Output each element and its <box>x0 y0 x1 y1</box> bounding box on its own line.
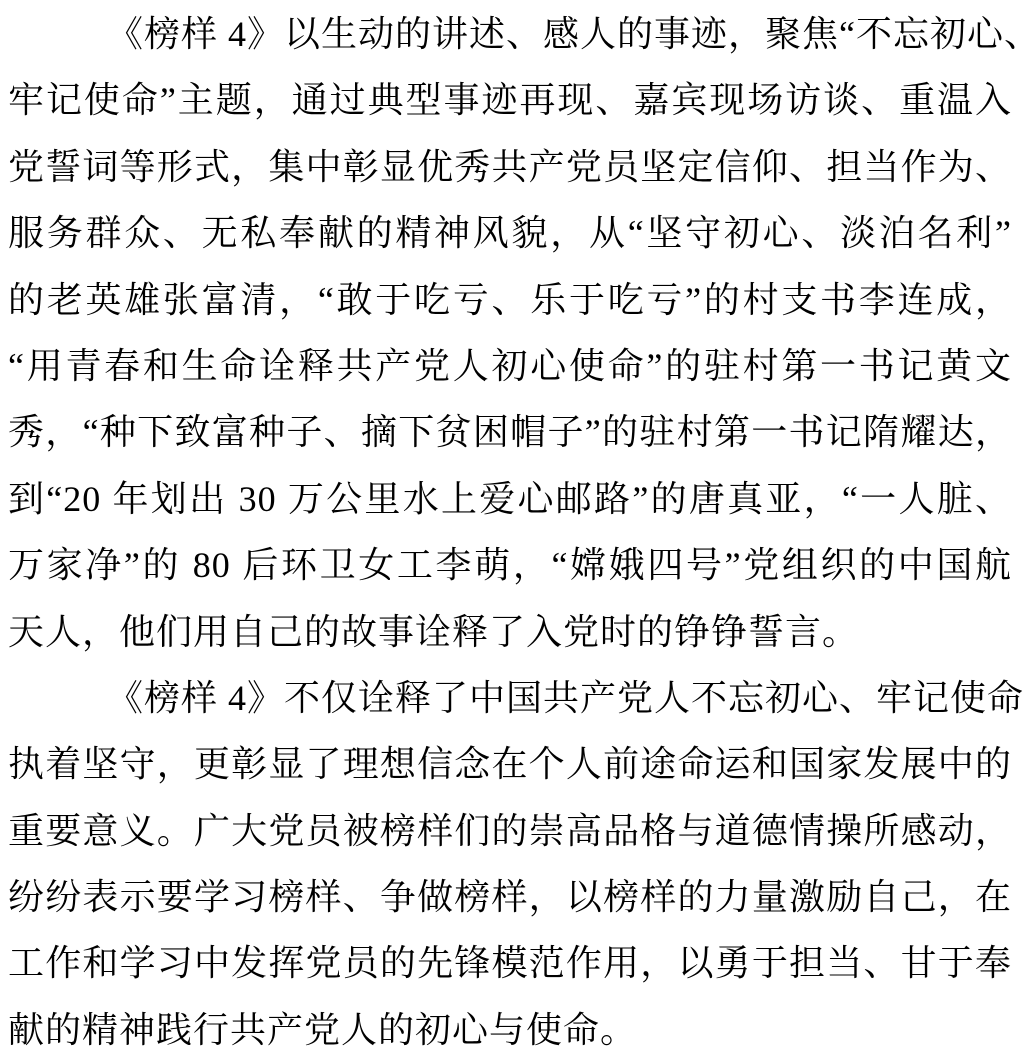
text-line: 重要意义。广大党员被榜样们的崇高品格与道德情操所感动， <box>8 798 1012 864</box>
text-line: 献的精神践行共产党人的初心与使命。 <box>8 997 1012 1063</box>
text-line: 纷纷表示要学习榜样、争做榜样，以榜样的力量激励自己，在 <box>8 864 1012 930</box>
text-line: 到“20 年划出 30 万公里水上爱心邮路”的唐真亚，“一人脏、 <box>8 466 1012 532</box>
paragraph-2: 《榜样 4》不仅诠释了中国共产党人不忘初心、牢记使命的执着坚守，更彰显了理想信念… <box>8 665 1012 1063</box>
text-line: 《榜样 4》不仅诠释了中国共产党人不忘初心、牢记使命的 <box>8 665 1012 731</box>
document-page: 《榜样 4》以生动的讲述、感人的事迹，聚焦“不忘初心、牢记使命”主题，通过典型事… <box>0 0 1024 1064</box>
text-line: 牢记使命”主题，通过典型事迹再现、嘉宾现场访谈、重温入 <box>8 67 1012 133</box>
text-line: 的老英雄张富清，“敢于吃亏、乐于吃亏”的村支书李连成， <box>8 267 1012 333</box>
text-line: 《榜样 4》以生动的讲述、感人的事迹，聚焦“不忘初心、 <box>8 1 1012 67</box>
text-line: 党誓词等形式，集中彰显优秀共产党员坚定信仰、担当作为、 <box>8 134 1012 200</box>
text-line: 工作和学习中发挥党员的先锋模范作用，以勇于担当、甘于奉 <box>8 930 1012 996</box>
paragraph-1: 《榜样 4》以生动的讲述、感人的事迹，聚焦“不忘初心、牢记使命”主题，通过典型事… <box>8 1 1012 665</box>
text-line: 秀，“种下致富种子、摘下贫困帽子”的驻村第一书记隋耀达， <box>8 399 1012 465</box>
text-line: 执着坚守，更彰显了理想信念在个人前途命运和国家发展中的 <box>8 731 1012 797</box>
text-line: “用青春和生命诠释共产党人初心使命”的驻村第一书记黄文 <box>8 333 1012 399</box>
text-line: 服务群众、无私奉献的精神风貌，从“坚守初心、淡泊名利” <box>8 200 1012 266</box>
text-line: 万家净”的 80 后环卫女工李萌，“嫦娥四号”党组织的中国航 <box>8 532 1012 598</box>
text-line: 天人，他们用自己的故事诠释了入党时的铮铮誓言。 <box>8 599 1012 665</box>
